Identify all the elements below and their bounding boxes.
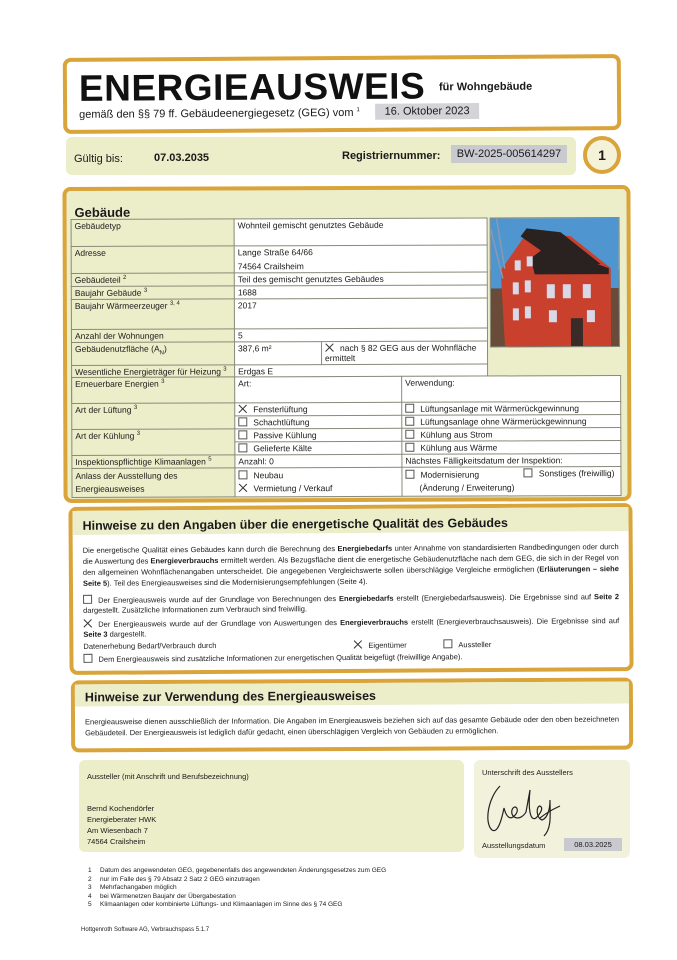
option-other[interactable]: Sonstiges (freiwillig) — [521, 467, 621, 496]
checkbox[interactable] — [83, 595, 92, 604]
option-issuer[interactable]: Aussteller — [443, 639, 491, 650]
building-part-value: Teil des gemischt genutztes Gebäudes — [234, 272, 487, 286]
footnote: 1Datum des angewendeten GEG, gegebenenfa… — [88, 867, 386, 876]
address-value: Lange Straße 64/6674564 Crailsheim — [234, 245, 487, 273]
registration-label: Registriernummer: — [342, 150, 440, 162]
issuer-label: Aussteller (mit Anschrift und Berufsbeze… — [87, 772, 249, 781]
checkbox[interactable] — [238, 443, 247, 452]
usable-area-value: 387,6 m² — [234, 342, 321, 365]
option-ventilation-no-recovery[interactable]: Lüftungsanlage ohne Wärmerückgewinnung — [402, 415, 621, 429]
row-label: Gebäudenutzfläche (AN) — [71, 342, 234, 366]
table-row: Anlass der Ausstellung des Energieauswei… — [72, 467, 621, 498]
checkbox[interactable] — [443, 639, 452, 648]
row-label: Adresse — [71, 246, 234, 274]
footnotes: 1Datum des angewendeten GEG, gegebenenfa… — [88, 867, 386, 910]
option-window-ventilation[interactable]: Fensterlüftung — [235, 402, 402, 416]
issue-date-label: Ausstellungsdatum — [482, 841, 545, 850]
software-credit: Hottgenroth Software AG, Verbrauchspass … — [81, 927, 209, 933]
issue-date: 08.03.2025 — [564, 838, 622, 851]
footnote-ref: 1 — [357, 107, 360, 113]
signature-label: Unterschrift des Ausstellers — [482, 768, 573, 777]
option-rent-sale[interactable]: Vermietung / Verkauf — [238, 482, 398, 496]
table-row: Baujahr Wärmeerzeuger 3, 4 2017 — [71, 298, 487, 329]
valid-until-value: 07.03.2035 — [154, 152, 209, 164]
data-collection-label: Datenerhebung Bedarf/Verbrauch durch — [83, 641, 216, 651]
table-row: Gebäudetyp Wohnteil gemischt genutztes G… — [71, 218, 487, 246]
usage-notes-title: Hinweise zur Verwendung des Energieauswe… — [85, 689, 376, 705]
building-type-value: Wohnteil gemischt genutztes Gebäude — [234, 218, 487, 246]
footnote: 3Mehrfachangaben möglich — [88, 884, 386, 893]
checkbox[interactable] — [524, 468, 533, 477]
option-ventilation-heat-recovery[interactable]: Lüftungsanlage mit Wärmerückgewinnung — [402, 402, 621, 416]
checkbox[interactable] — [238, 470, 247, 479]
checkbox[interactable] — [405, 443, 414, 452]
law-text: gemäß den §§ 79 ff. Gebäudeenergiegesetz… — [79, 107, 353, 121]
law-date-field: 16. Oktober 2023 — [375, 103, 479, 120]
page-number-badge: 1 — [583, 136, 621, 174]
header-box: ENERGIEAUSWEIS für Wohngebäude gemäß den… — [63, 54, 622, 134]
building-photo-image — [491, 218, 619, 346]
quality-notes-intro: Die energetische Qualität eines Gebäudes… — [83, 541, 619, 589]
signature-icon — [480, 778, 570, 840]
building-section-title: Gebäude — [75, 205, 131, 220]
building-systems-table: Erneuerbare Energien 3 Art: Verwendung: … — [71, 375, 621, 498]
document-subtitle: für Wohngebäude — [439, 81, 532, 94]
renewable-use: Verwendung: — [402, 376, 621, 403]
checkbox[interactable] — [238, 483, 247, 492]
checkbox[interactable] — [83, 619, 92, 628]
footnote: 2nur im Falle des § 79 Absatz 2 Satz 2 G… — [88, 876, 386, 885]
usage-notes-section: Hinweise zur Verwendung des Energieauswe… — [71, 678, 633, 753]
checkbox[interactable] — [238, 404, 247, 413]
checkbox-area-method[interactable] — [325, 343, 334, 352]
checkbox[interactable] — [405, 430, 414, 439]
construction-year-value: 1688 — [234, 285, 487, 299]
option-additional-info[interactable]: Dem Energieausweis sind zusätzliche Info… — [83, 650, 619, 665]
footnote: 5Klimaanlagen oder kombinierte Lüftungs-… — [88, 901, 386, 910]
row-label: Erneuerbare Energien 3 — [72, 377, 235, 404]
checkbox[interactable] — [353, 640, 362, 649]
option-shaft-ventilation[interactable]: Schachtlüftung — [235, 415, 402, 429]
law-reference: gemäß den §§ 79 ff. Gebäudeenergiegesetz… — [79, 107, 360, 121]
issuer-address: Bernd Kochendörfer Energieberater HWK Am… — [87, 803, 156, 847]
row-label: Gebäudeteil 2 — [71, 273, 234, 287]
inspection-date-label: Nächstes Fälligkeitsdatum der Inspektion… — [402, 454, 621, 468]
checkbox[interactable] — [405, 470, 414, 479]
quality-notes-title: Hinweise zu den Angaben über die energet… — [83, 516, 508, 533]
option-modernisation[interactable]: Modernisierung (Änderung / Erweiterung) — [402, 467, 521, 496]
row-label: Anzahl der Wohnungen — [71, 329, 234, 343]
option-demand-certificate[interactable]: Der Energieausweis wurde auf der Grundla… — [83, 591, 619, 616]
issuer-street: Am Wiesenbach 7 — [87, 825, 156, 836]
option-owner[interactable]: Eigentümer — [353, 640, 406, 651]
row-label: Gebäudetyp — [71, 219, 234, 247]
checkbox[interactable] — [405, 417, 414, 426]
building-photo — [490, 217, 620, 347]
validity-band: Gültig bis: 07.03.2035 Registriernummer:… — [66, 137, 576, 175]
registration-number: BW-2025-005614297 — [451, 145, 567, 163]
option-new-building[interactable]: Neubau — [238, 469, 398, 483]
usable-area-note: nach § 82 GEG aus der Wohnfläche ermitte… — [321, 341, 487, 365]
signature-box: Unterschrift des Ausstellers Ausstellung… — [474, 760, 630, 858]
option-heat-cooling[interactable]: Kühlung aus Wärme — [402, 441, 621, 455]
issuer-name: Bernd Kochendörfer — [87, 803, 156, 814]
checkbox[interactable] — [83, 654, 92, 663]
valid-until-label: Gültig bis: — [74, 153, 123, 165]
document-title: ENERGIEAUSWEIS — [79, 65, 426, 109]
row-label: Anlass der Ausstellung des Energieauswei… — [72, 468, 235, 498]
checkbox[interactable] — [405, 404, 414, 413]
row-label: Art der Kühlung 3 — [72, 429, 235, 456]
table-row: Erneuerbare Energien 3 Art: Verwendung: — [72, 376, 621, 404]
option-passive-cooling[interactable]: Passive Kühlung — [235, 428, 402, 442]
usage-notes-text: Energieausweise dienen ausschließlich de… — [85, 714, 619, 739]
quality-notes-section: Hinweise zu den Angaben über die energet… — [68, 503, 633, 675]
row-label: Baujahr Wärmeerzeuger 3, 4 — [71, 299, 234, 330]
row-label: Inspektionspflichtige Klimaanlagen 5 — [72, 455, 235, 469]
footnote: 4bei Wärmenetzen Baujahr der Übergabesta… — [88, 893, 386, 902]
issuer-title: Energieberater HWK — [87, 814, 156, 825]
heater-year-value: 2017 — [234, 298, 487, 329]
checkbox[interactable] — [238, 417, 247, 426]
option-delivered-cold[interactable]: Gelieferte Kälte — [235, 441, 402, 455]
issuer-city: 74564 Crailsheim — [87, 836, 156, 847]
apartment-count-value: 5 — [234, 328, 487, 342]
issuer-box: Aussteller (mit Anschrift und Berufsbeze… — [79, 760, 464, 852]
option-consumption-certificate[interactable]: Der Energieausweis wurde auf der Grundla… — [83, 615, 619, 640]
building-table: Gebäudetyp Wohnteil gemischt genutztes G… — [71, 218, 489, 402]
row-label: Baujahr Gebäude 3 — [71, 286, 234, 300]
option-electric-cooling[interactable]: Kühlung aus Strom — [402, 428, 621, 442]
building-section: Gebäude Gebäudetyp Wohnteil gemischt gen… — [62, 185, 631, 503]
row-label: Art der Lüftung 3 — [72, 403, 235, 430]
table-row: Adresse Lange Straße 64/6674564 Crailshe… — [71, 245, 487, 273]
renewable-type: Art: — [235, 376, 402, 403]
ac-count: Anzahl: 0 — [235, 454, 402, 468]
checkbox[interactable] — [238, 430, 247, 439]
reason-options-left: Neubau Vermietung / Verkauf — [235, 467, 402, 497]
table-row: Gebäudenutzfläche (AN) 387,6 m² nach § 8… — [71, 341, 487, 365]
